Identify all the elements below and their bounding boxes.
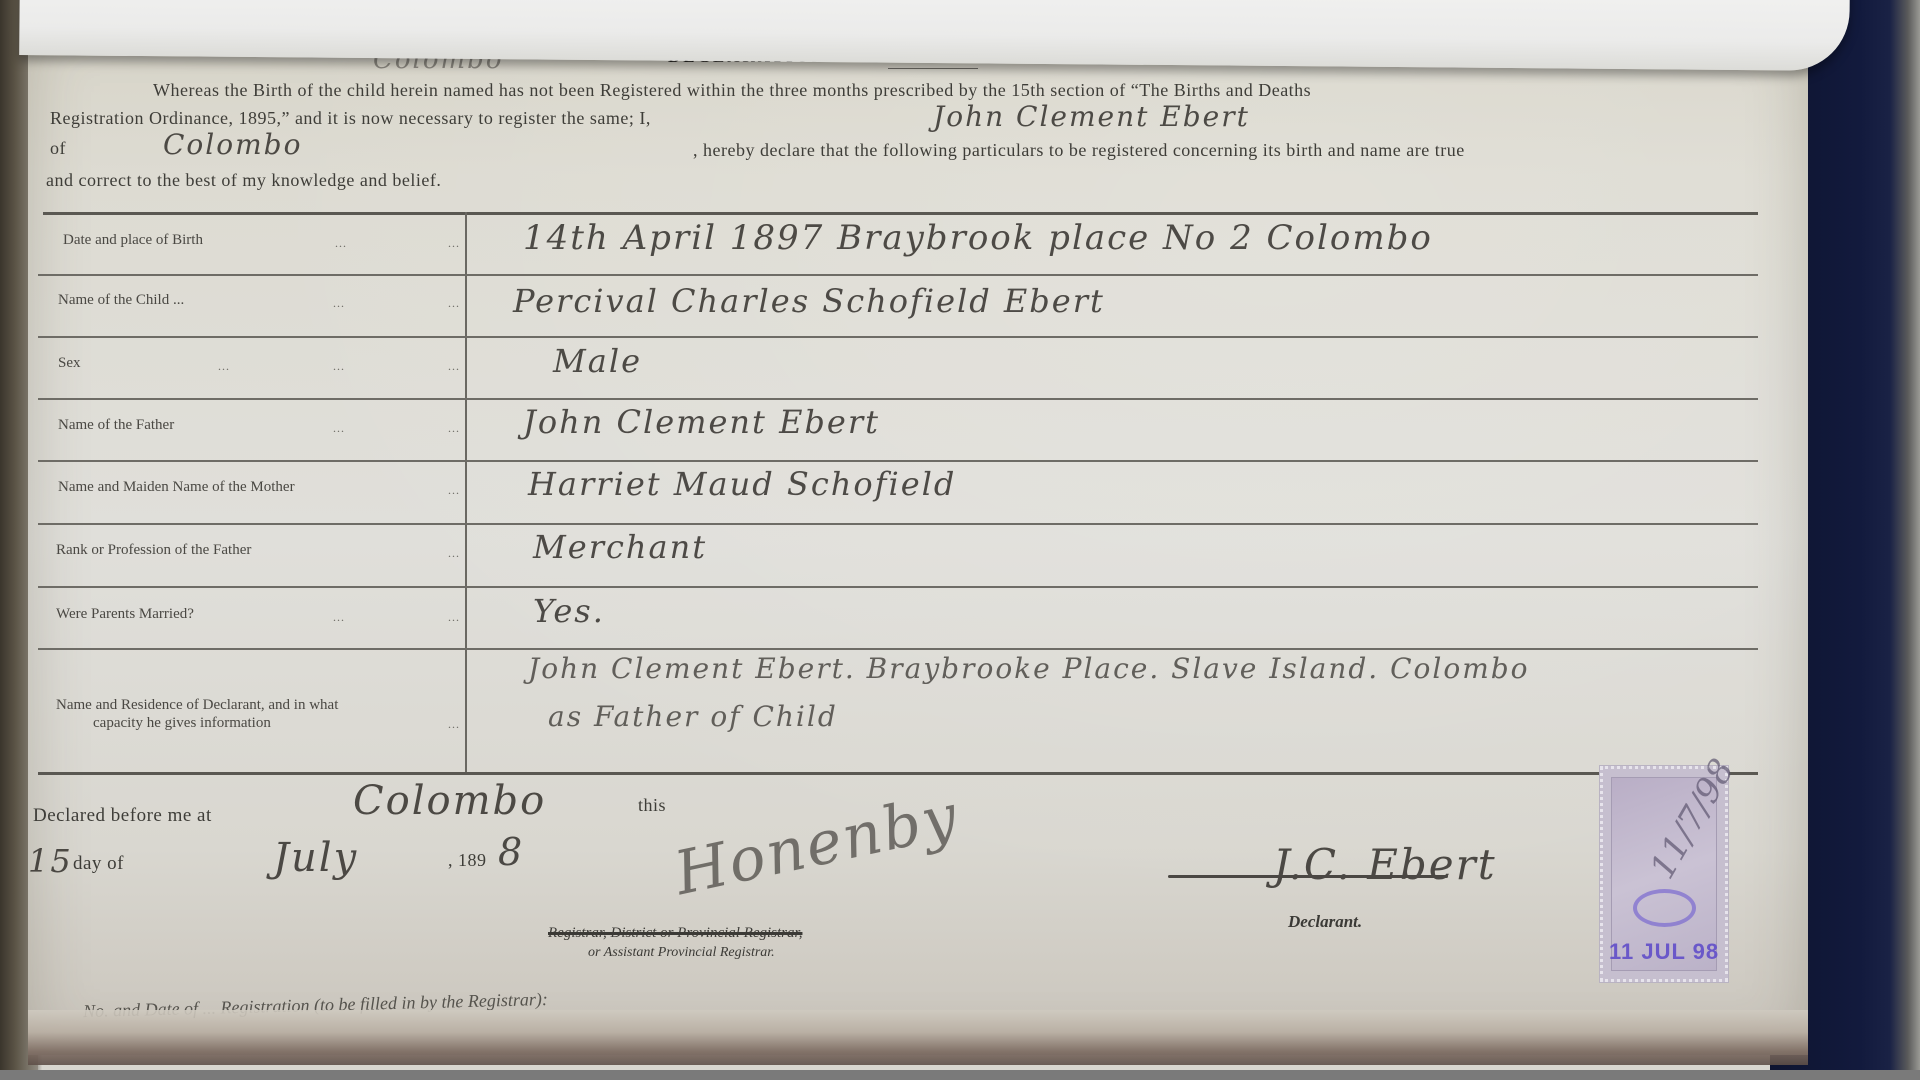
leader-dots: ...	[448, 421, 460, 436]
leader-dots: ...	[448, 483, 460, 498]
bottom-border	[0, 1070, 1920, 1080]
leader-dots: ...	[333, 296, 345, 311]
day-of-label: day of	[73, 853, 124, 875]
scanned-document-scene: DECLARATION OF BIRTH AFTER THREE MONTHS …	[0, 0, 1920, 1080]
declarant-name-handwritten: John Clement Ebert	[933, 100, 1250, 133]
registrar-title-struck: Registrar, District or Provincial Regist…	[548, 925, 802, 942]
value-declarant-line-1: John Clement Ebert. Braybrooke Place. Sl…	[528, 652, 1530, 685]
leader-dots: ...	[448, 610, 460, 625]
row-label-parents-married: Were Parents Married?	[56, 606, 194, 623]
signature-flourish	[1168, 875, 1448, 878]
table-bottom-rule	[38, 772, 1758, 775]
preamble-line-2: Registration Ordinance, 1895,” and it is…	[50, 108, 651, 129]
leader-dots: ...	[333, 421, 345, 436]
leader-dots: ...	[218, 359, 230, 374]
table-top-rule	[43, 212, 1758, 215]
value-date-place-of-birth: 14th April 1897 Braybrook place No 2 Col…	[523, 218, 1433, 258]
leader-dots: ...	[448, 359, 460, 374]
leader-dots: ...	[333, 610, 345, 625]
leader-dots: ...	[448, 236, 460, 251]
leader-dots: ...	[335, 236, 347, 251]
row-divider	[38, 398, 1758, 400]
registrar-title-alt: or Assistant Provincial Registrar.	[588, 945, 775, 961]
row-divider	[38, 460, 1758, 462]
row-divider	[38, 648, 1758, 650]
declarant-caption: Declarant.	[1288, 912, 1362, 932]
leader-dots: ...	[448, 546, 460, 561]
preamble-of-label: of	[50, 138, 66, 159]
leader-dots: ...	[333, 359, 345, 374]
row-divider	[38, 336, 1758, 338]
row-divider	[38, 586, 1758, 588]
leader-dots: ...	[448, 717, 460, 732]
value-name-of-child: Percival Charles Schofield Ebert	[513, 282, 1105, 320]
year-printed: , 189	[448, 850, 487, 871]
preamble-line-3: , hereby declare that the following part…	[693, 140, 1465, 161]
stamp-postmark-icon	[1633, 889, 1696, 927]
heading-ornament	[888, 68, 978, 69]
leader-dots: ...	[448, 296, 460, 311]
row-label-mother-name: Name and Maiden Name of the Mother	[58, 479, 295, 496]
value-parents-married: Yes.	[533, 592, 605, 630]
declarant-place-handwritten: Colombo	[163, 128, 302, 161]
registrar-signature: Honenby	[669, 781, 965, 909]
preamble-line-4: and correct to the best of my knowledge …	[46, 170, 441, 191]
month-handwritten: July	[273, 835, 358, 881]
row-label-date-place-of-birth: Date and place of Birth	[63, 232, 203, 249]
row-label-declarant-line-2: capacity he gives information	[93, 715, 271, 732]
preamble-line-1: Whereas the Birth of the child herein na…	[153, 80, 1311, 101]
value-sex: Male	[553, 342, 642, 380]
value-mother-name: Harriet Maud Schofield	[528, 465, 956, 503]
year-handwritten: 8	[498, 830, 524, 874]
row-divider	[38, 274, 1758, 276]
value-name-of-father: John Clement Ebert	[523, 403, 880, 441]
value-father-profession: Merchant	[533, 528, 707, 566]
row-label-father-profession: Rank or Profession of the Father	[56, 542, 251, 559]
worn-page-bottom	[28, 1010, 1808, 1065]
row-label-sex: Sex	[58, 355, 81, 372]
register-page: DECLARATION OF BIRTH AFTER THREE MONTHS …	[28, 20, 1808, 1055]
row-label-declarant-line-1: Name and Residence of Declarant, and in …	[56, 697, 338, 714]
table-column-divider	[465, 212, 467, 772]
day-handwritten: 15	[28, 842, 73, 880]
revenue-stamp: 11/7/98 11 JUL 98	[1600, 766, 1728, 982]
row-divider	[38, 523, 1758, 525]
declared-place-handwritten: Colombo	[353, 778, 546, 824]
value-declarant-line-2: as Father of Child	[548, 700, 838, 733]
row-label-name-of-child: Name of the Child ...	[58, 292, 184, 309]
declared-before-label: Declared before me at	[33, 805, 212, 827]
stamp-date: 11 JUL 98	[1609, 939, 1719, 965]
row-label-name-of-father: Name of the Father	[58, 417, 174, 434]
this-label: this	[638, 795, 666, 816]
declarant-signature: J.C. Ebert	[1273, 840, 1497, 889]
